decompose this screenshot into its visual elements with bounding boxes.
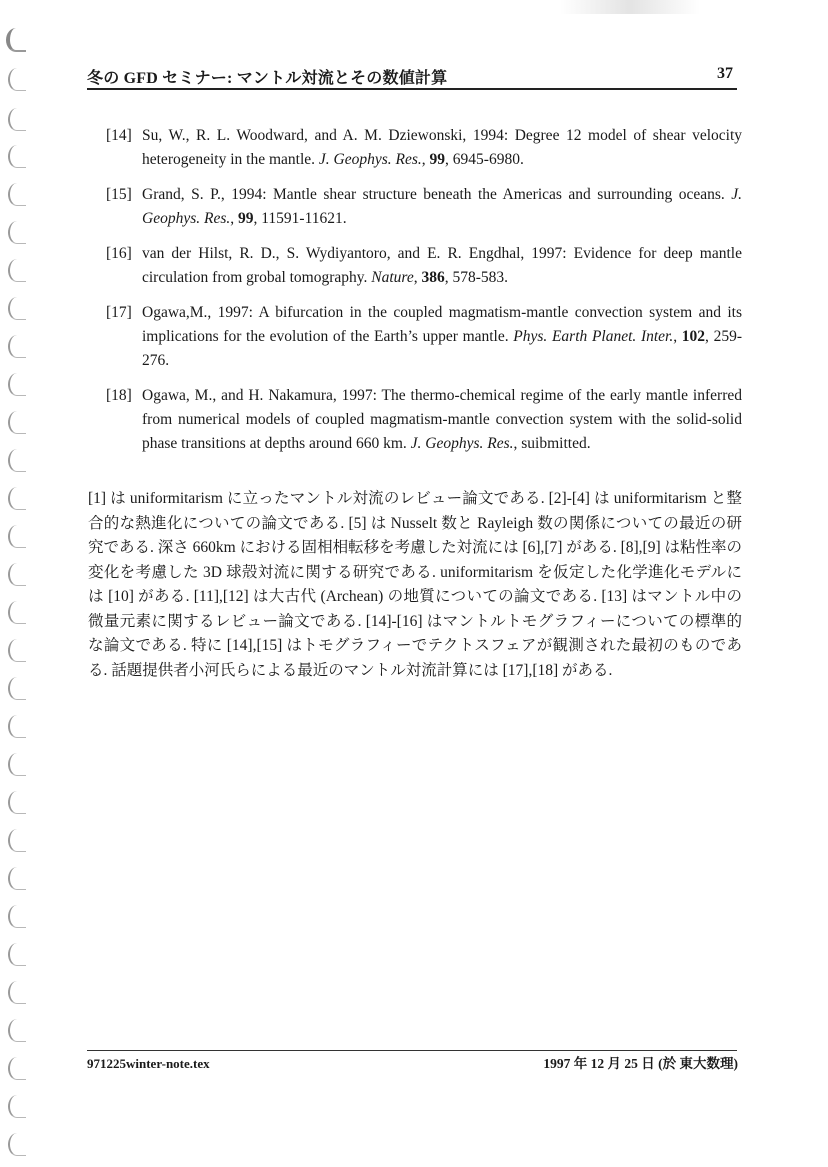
volume: 386 xyxy=(422,269,445,286)
reference-item: [18] Ogawa, M., and H. Nakamura, 1997: T… xyxy=(106,384,742,456)
journal-name: J. Geophys. Res. xyxy=(411,435,514,452)
binder-hole xyxy=(8,108,26,131)
binder-hole xyxy=(8,373,26,396)
volume: 99 xyxy=(238,210,254,227)
binder-hole xyxy=(8,867,26,890)
reference-text: Grand, S. P., 1994: Mantle shear structu… xyxy=(142,186,731,203)
binder-hole xyxy=(8,1057,26,1080)
commentary-paragraph: [1] は uniformitarism に立ったマントル対流のレビュー論文であ… xyxy=(88,487,742,683)
binder-hole xyxy=(8,753,26,776)
journal-name: Nature xyxy=(371,269,413,286)
reference-number: [16] xyxy=(106,242,132,266)
footer-filename: 971225winter-note.tex xyxy=(87,1056,210,1072)
volume: 102 xyxy=(682,328,705,345)
reference-number: [18] xyxy=(106,384,132,408)
pages: suibmitted. xyxy=(517,435,590,452)
page-number: 37 xyxy=(717,65,733,83)
binder-hole xyxy=(8,525,26,548)
pages: , 6945-6980. xyxy=(445,151,524,168)
binder-hole xyxy=(8,791,26,814)
binder-hole xyxy=(8,715,26,738)
binder-hole xyxy=(8,183,26,206)
binder-hole xyxy=(8,1095,26,1118)
journal-name: J. Geophys. Res. xyxy=(319,151,422,168)
footer-rule xyxy=(87,1050,737,1051)
binder-hole xyxy=(6,28,26,52)
journal-name: Phys. Earth Planet. Inter. xyxy=(513,328,673,345)
binder-hole xyxy=(8,297,26,320)
binder-hole xyxy=(8,1019,26,1042)
running-header: 冬の GFD セミナー: マントル対流とその数値計算 37 xyxy=(87,62,737,90)
binder-hole xyxy=(8,259,26,282)
binder-hole xyxy=(8,145,26,168)
binder-hole xyxy=(8,487,26,510)
footer-date: 1997 年 12 月 25 日 (於 東大数理) xyxy=(543,1052,738,1072)
reference-item: [16] van der Hilst, R. D., S. Wydiyantor… xyxy=(106,242,742,290)
binder-hole xyxy=(8,601,26,624)
reference-list: [14] Su, W., R. L. Woodward, and A. M. D… xyxy=(106,124,742,467)
binder-hole xyxy=(8,829,26,852)
binder-hole xyxy=(8,905,26,928)
binder-hole xyxy=(8,221,26,244)
reference-number: [17] xyxy=(106,301,132,325)
binder-hole xyxy=(8,68,26,91)
binder-hole xyxy=(8,943,26,966)
binder-hole xyxy=(8,411,26,434)
reference-item: [15] Grand, S. P., 1994: Mantle shear st… xyxy=(106,183,742,231)
reference-number: [15] xyxy=(106,183,132,207)
reference-item: [14] Su, W., R. L. Woodward, and A. M. D… xyxy=(106,124,742,172)
binder-hole xyxy=(8,981,26,1004)
scan-artifact xyxy=(560,0,700,14)
binder-hole xyxy=(8,563,26,586)
binder-hole xyxy=(8,449,26,472)
reference-number: [14] xyxy=(106,124,132,148)
binder-holes xyxy=(0,0,40,1167)
reference-item: [17] Ogawa,M., 1997: A bifurcation in th… xyxy=(106,301,742,373)
header-title: 冬の GFD セミナー: マントル対流とその数値計算 xyxy=(87,65,447,88)
binder-hole xyxy=(8,1133,26,1156)
volume: 99 xyxy=(430,151,446,168)
binder-hole xyxy=(8,677,26,700)
pages: , 578-583. xyxy=(445,269,508,286)
pages: , 11591-11621. xyxy=(254,210,347,227)
binder-hole xyxy=(8,335,26,358)
binder-hole xyxy=(8,639,26,662)
